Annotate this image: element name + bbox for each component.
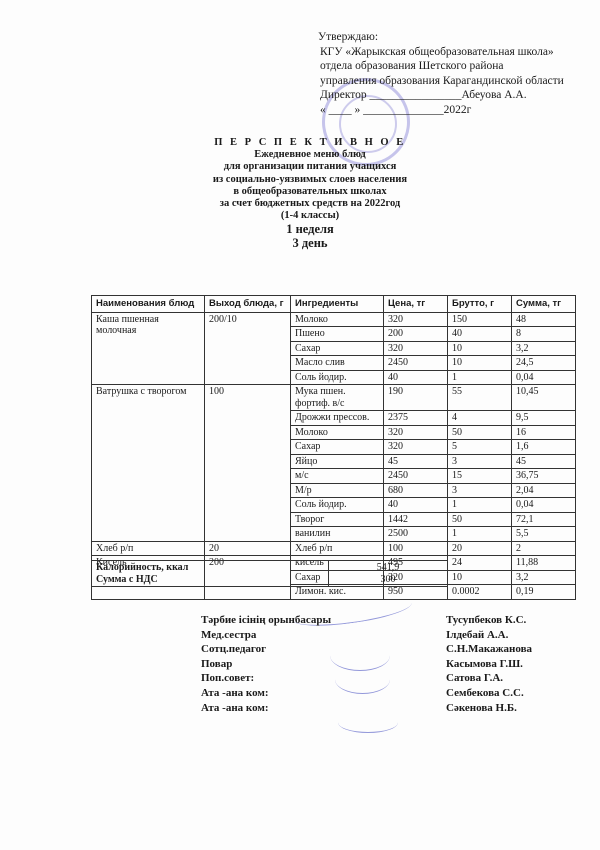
ingredient-name: Пшено [291,327,384,342]
ingredient-gross: 1 [448,370,512,385]
totals-labels: Калорийность, ккал Сумма с НДС [92,561,329,587]
ingredient-gross: 50 [448,425,512,440]
title-line: из социально-уязвимых слоев населения [150,174,470,186]
ingredient-price: 200 [384,327,448,342]
ingredient-sum: 24,5 [512,356,576,371]
ingredient-sum: 72,1 [512,512,576,527]
col-header-price: Цена, тг [384,296,448,313]
table-row: Каша пшенная молочная200/10Молоко3201504… [92,312,576,327]
ingredient-price: 680 [384,483,448,498]
ingredient-price: 320 [384,440,448,455]
signature-role: Тәрбие ісінің орынбасары [201,613,446,628]
ingredient-sum: 3,2 [512,570,576,585]
approval-block: Утверждаю: КГУ «Жарыкская общеобразовате… [318,30,564,118]
totals-table: Калорийность, ккал Сумма с НДС 541,9 300 [91,560,448,587]
title-main: П Е Р С П Е К Т И В Н О Е [150,137,470,149]
ingredient-gross: 55 [448,385,512,411]
ingredient-gross: 1 [448,527,512,542]
signature-row: Ата -ана ком:Сембекова С.С. [201,686,532,701]
ingredient-gross: 10 [448,570,512,585]
ingredient-gross: 24 [448,556,512,571]
table-row: Хлеб р/п20Хлеб р/п100202 [92,541,576,556]
signatures-block: Тәрбие ісінің орынбасарыТусупбеков К.С.М… [201,613,532,715]
ingredient-name: Соль йодир. [291,370,384,385]
ingredient-sum: 1,6 [512,440,576,455]
signature-name: Ілдебай А.А. [446,628,508,643]
ingredient-name: Творог [291,512,384,527]
signature-name: Тусупбеков К.С. [446,613,526,628]
week-label: 1 неделя [150,222,470,236]
title-line: в общеобразовательных школах [150,186,470,198]
dish-name: Ватрушка с творогом [92,385,205,542]
totals-row: Калорийность, ккал Сумма с НДС 541,9 300 [92,561,448,587]
ingredient-sum: 45 [512,454,576,469]
ingredient-name: Сахар [291,440,384,455]
ingredient-price: 190 [384,385,448,411]
signature-name: Сатова Г.А. [446,671,503,686]
ingredient-sum: 16 [512,425,576,440]
signature-row: Сотц.педагогС.Н.Макажанова [201,642,532,657]
document-title: П Е Р С П Е К Т И В Н О Е Ежедневное мен… [150,137,470,250]
signature-role: Повар [201,657,446,672]
ingredient-gross: 5 [448,440,512,455]
signature-role: Ата -ана ком: [201,701,446,716]
sum-vat-label: Сумма с НДС [96,574,324,586]
ingredient-sum: 10,45 [512,385,576,411]
calories-value: 541,9 [333,562,443,574]
ingredient-price: 2450 [384,356,448,371]
ingredient-sum: 8 [512,327,576,342]
title-line: за счет бюджетных средств на 2022год [150,198,470,210]
ingredient-gross: 10 [448,341,512,356]
ingredient-price: 320 [384,425,448,440]
col-header-yield: Выход блюда, г [205,296,291,313]
sum-vat-value: 300 [333,574,443,586]
approval-line: отдела образования Шетского района [318,59,564,74]
ingredient-name: Яйцо [291,454,384,469]
ingredient-price: 40 [384,498,448,513]
ingredient-gross: 0.0002 [448,585,512,600]
approval-date-line: « ____ » ______________2022г [318,103,564,118]
ingredient-sum: 48 [512,312,576,327]
ingredient-price: 2500 [384,527,448,542]
approval-line: управления образования Карагандинской об… [318,74,564,89]
ingredient-price: 100 [384,541,448,556]
ingredient-name: Сахар [291,341,384,356]
title-line: (1-4 классы) [150,210,470,222]
col-header-dish: Наименования блюд [92,296,205,313]
ingredient-gross: 50 [448,512,512,527]
ingredient-name: Молоко [291,312,384,327]
dish-yield: 100 [205,385,291,542]
day-label: 3 день [150,236,470,250]
approval-heading: Утверждаю: [318,30,564,45]
ingredient-gross: 4 [448,411,512,426]
col-header-sum: Сумма, тг [512,296,576,313]
ingredient-name: Дрожжи прессов. [291,411,384,426]
dish-name: Каша пшенная молочная [92,312,205,385]
ingredient-price: 2450 [384,469,448,484]
ingredient-gross: 3 [448,483,512,498]
ingredient-gross: 10 [448,356,512,371]
title-line: для организации питания учащихся [150,161,470,173]
ingredient-name: Мука пшен. фортиф. в/с [291,385,384,411]
director-signature-line: Директор ________________Абеуова А.А. [318,88,564,103]
ingredient-name: Соль йодир. [291,498,384,513]
ingredient-sum: 36,75 [512,469,576,484]
menu-table: Наименования блюд Выход блюда, г Ингреди… [91,295,576,600]
signature-role: Сотц.педагог [201,642,446,657]
ingredient-sum: 9,5 [512,411,576,426]
ingredient-gross: 20 [448,541,512,556]
ingredient-name: Хлеб р/п [291,541,384,556]
ingredient-name: м/с [291,469,384,484]
approval-line: КГУ «Жарыкская общеобразовательная школа… [318,45,564,60]
ingredient-price: 2375 [384,411,448,426]
ingredient-sum: 11,88 [512,556,576,571]
col-header-gross: Брутто, г [448,296,512,313]
ingredient-price: 320 [384,341,448,356]
ingredient-gross: 1 [448,498,512,513]
ingredient-price: 320 [384,312,448,327]
ingredient-sum: 5,5 [512,527,576,542]
ingredient-sum: 3,2 [512,341,576,356]
ingredient-price: 40 [384,370,448,385]
calories-label: Калорийность, ккал [96,562,324,574]
title-line: Ежедневное меню блюд [150,149,470,161]
ingredient-name: М/р [291,483,384,498]
ingredient-name: ванилин [291,527,384,542]
ingredient-gross: 3 [448,454,512,469]
ingredient-sum: 0,19 [512,585,576,600]
ingredient-sum: 2,04 [512,483,576,498]
ingredient-gross: 150 [448,312,512,327]
ingredient-sum: 0,04 [512,370,576,385]
signature-name: Сембекова С.С. [446,686,524,701]
signature-row: Тәрбие ісінің орынбасарыТусупбеков К.С. [201,613,532,628]
signature-role: Мед.сестра [201,628,446,643]
ingredient-name: Масло слив [291,356,384,371]
signature-row: ПоварКасымова Г.Ш. [201,657,532,672]
dish-yield: 200/10 [205,312,291,385]
ingredient-sum: 0,04 [512,498,576,513]
signature-row: Мед.сестраІлдебай А.А. [201,628,532,643]
signature-row: Ата -ана ком:Сәкенова Н.Б. [201,701,532,716]
signature-name: Сәкенова Н.Б. [446,701,517,716]
signature-row: Поп.совет:Сатова Г.А. [201,671,532,686]
col-header-ingredients: Ингредиенты [291,296,384,313]
ingredient-gross: 15 [448,469,512,484]
signature-name: Касымова Г.Ш. [446,657,523,672]
dish-yield: 20 [205,541,291,556]
table-header-row: Наименования блюд Выход блюда, г Ингреди… [92,296,576,313]
ingredient-price: 1442 [384,512,448,527]
ingredient-sum: 2 [512,541,576,556]
totals-values: 541,9 300 [329,561,448,587]
dish-name: Хлеб р/п [92,541,205,556]
ingredient-price: 45 [384,454,448,469]
signature-role: Поп.совет: [201,671,446,686]
ingredient-gross: 40 [448,327,512,342]
ingredient-name: Молоко [291,425,384,440]
signature-name: С.Н.Макажанова [446,642,532,657]
table-row: Ватрушка с творогом100Мука пшен. фортиф.… [92,385,576,411]
signature-role: Ата -ана ком: [201,686,446,701]
